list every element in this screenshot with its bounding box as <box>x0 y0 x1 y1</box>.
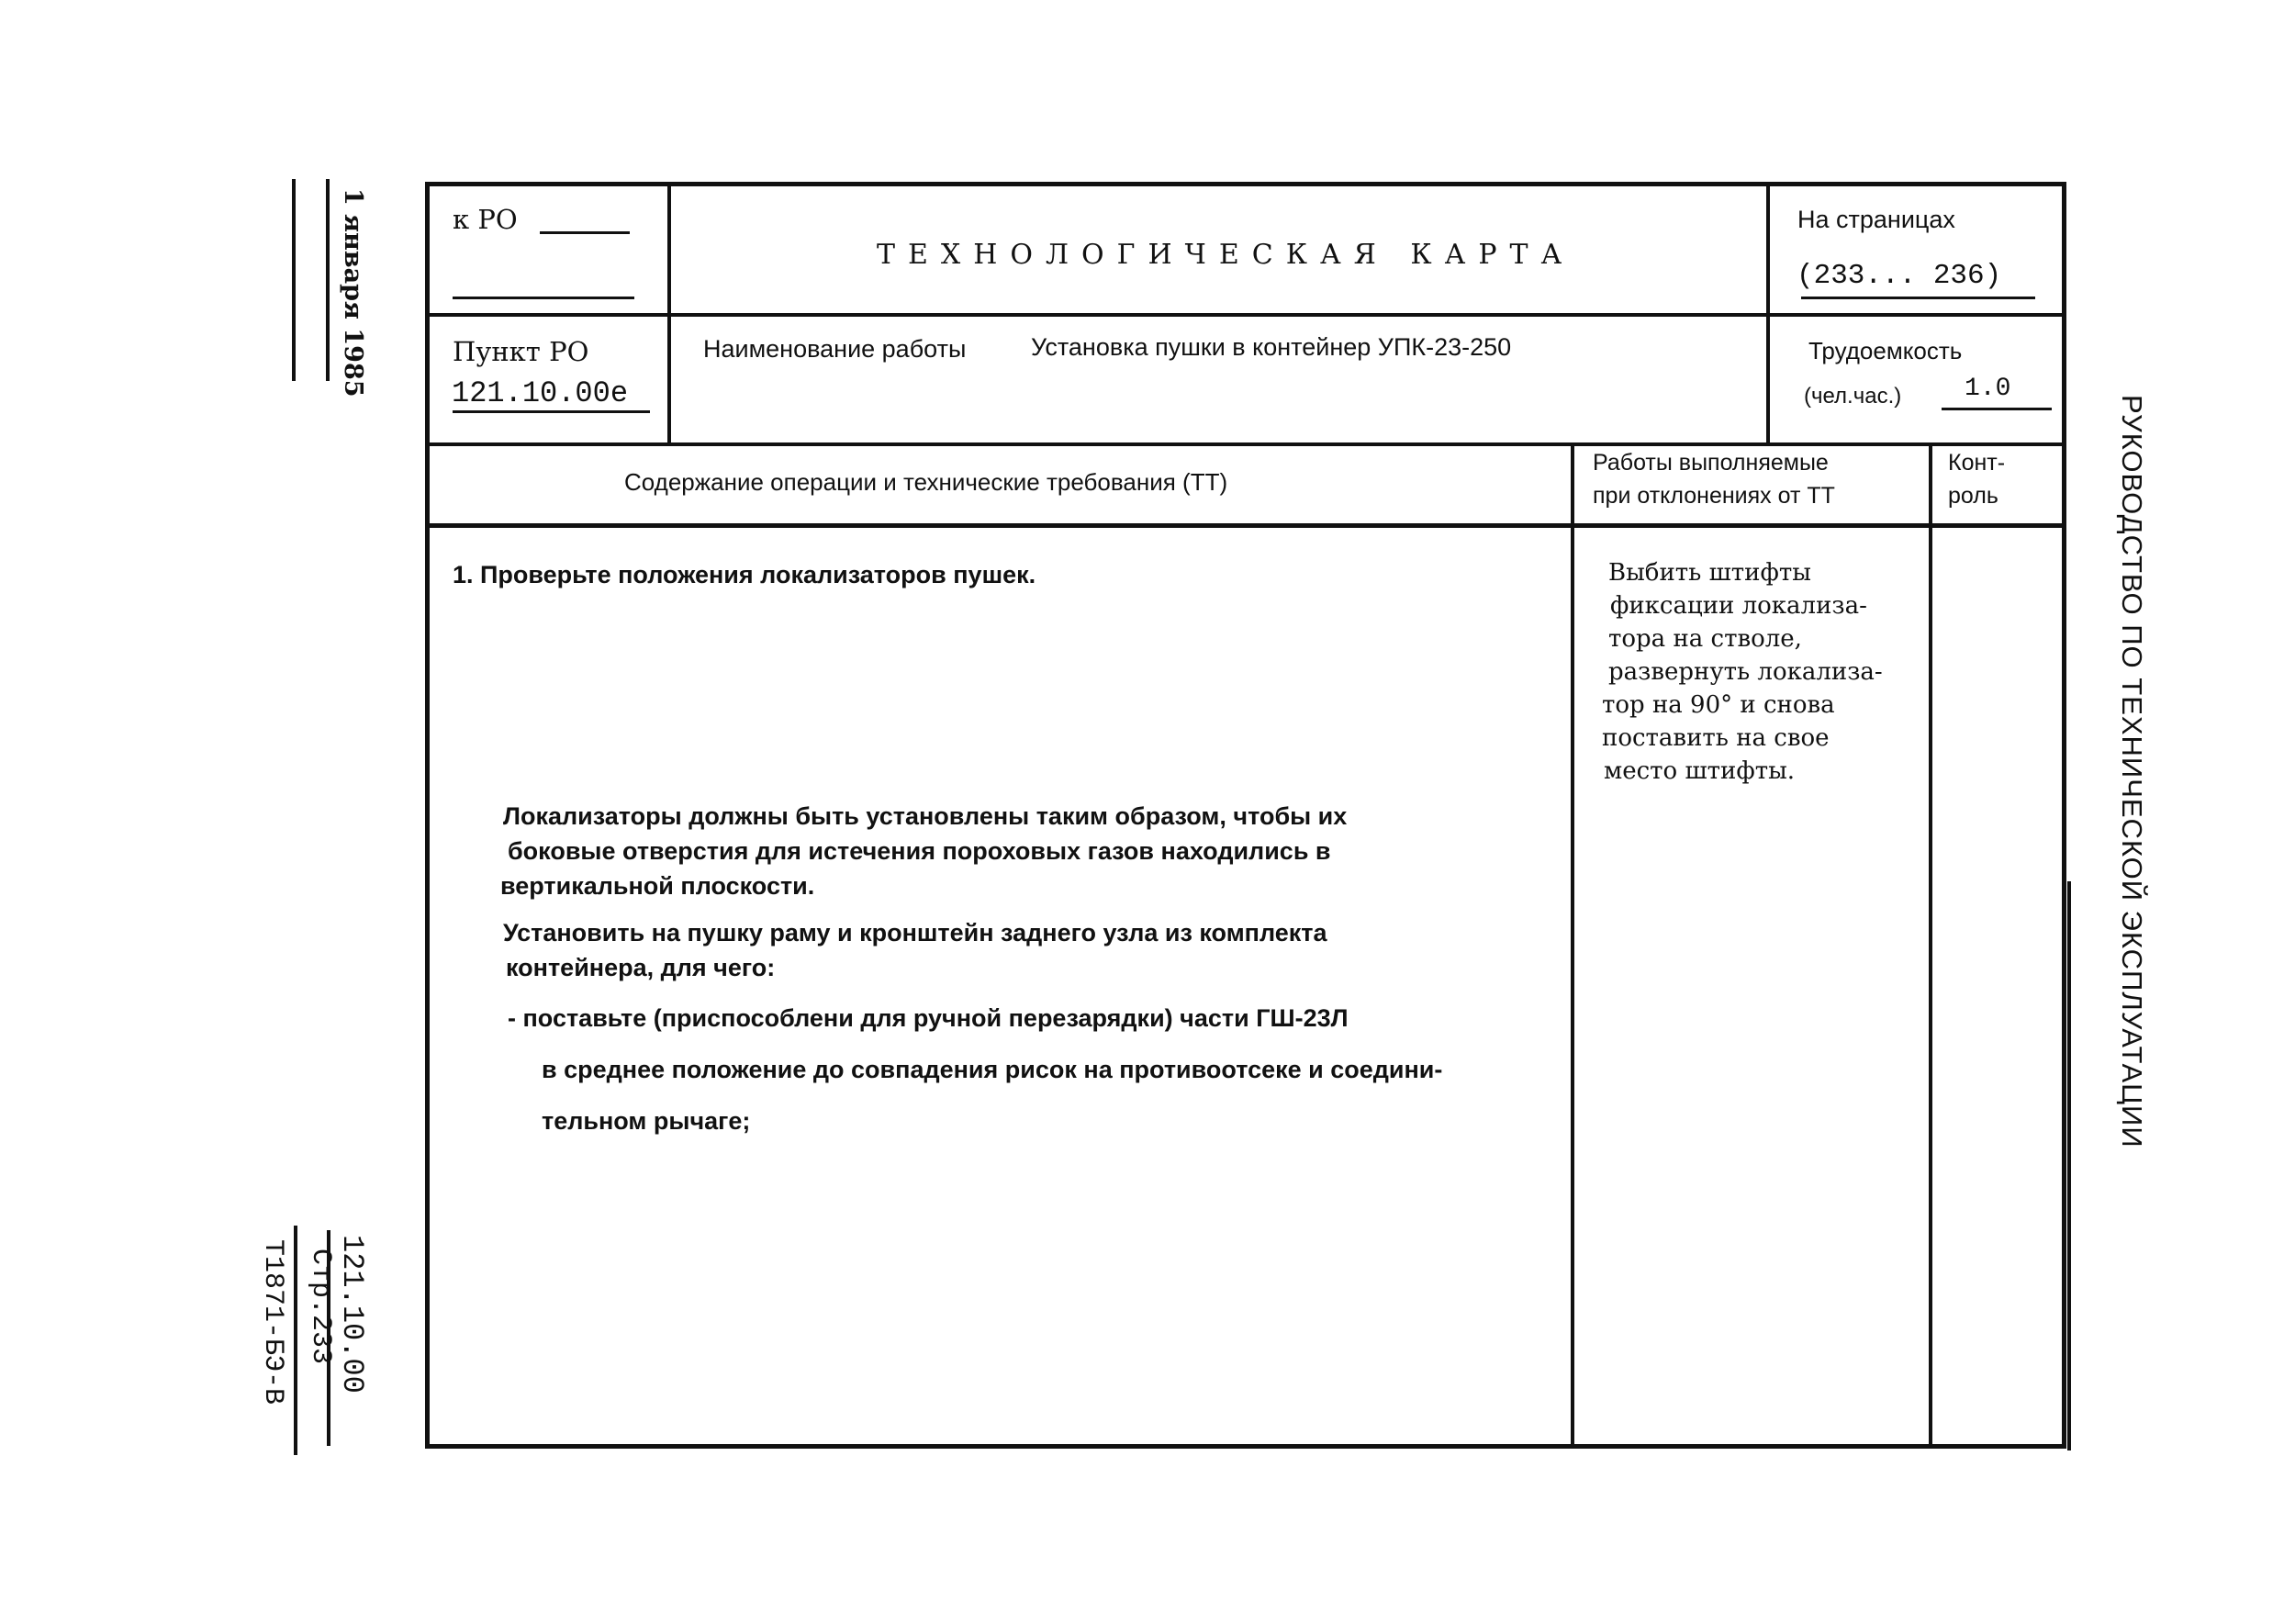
deviation-line: тор на 90° и снова <box>1602 688 1835 722</box>
column-header-content: Содержание операции и технические требов… <box>624 468 1227 497</box>
margin-rule-left-3 <box>294 1226 297 1455</box>
page-number: Стр.233 <box>305 1249 336 1364</box>
labor-unit: (чел.час.) <box>1804 384 1901 409</box>
punkt-ro-label: Пункт РО <box>453 336 588 367</box>
document-title: ТЕХНОЛОГИЧЕСКАЯ КАРТА <box>877 239 1574 271</box>
instruction-line-1: Установить на пушку раму и кронштейн зад… <box>503 915 1327 950</box>
table-border-right <box>2062 182 2066 1449</box>
punkt-ro-value: 121.10.00е <box>452 376 628 410</box>
labor-underline <box>1942 408 2052 410</box>
instruction-line-2: контейнера, для чего: <box>506 950 775 985</box>
pages-value: (233... 236) <box>1797 260 2001 292</box>
manual-title-vertical: РУКОВОДСТВО ПО ТЕХНИЧЕСКОЙ ЭКСПЛУАТАЦИИ <box>2115 395 2148 1148</box>
k-ro-blank-line[interactable] <box>540 231 630 234</box>
k-ro-blank-line-2[interactable] <box>453 297 634 299</box>
column-header-bottom <box>425 523 2066 528</box>
header-row-line-2 <box>425 442 2066 446</box>
pages-underline <box>1801 297 2035 299</box>
column-divider-deviation <box>1571 444 1574 1447</box>
requirement-line-1: Локализаторы должны быть установлены так… <box>503 799 1347 834</box>
table-border-bottom <box>425 1444 2066 1449</box>
deviation-line: Выбить штифты <box>1608 555 1811 590</box>
deviation-line: тора на стволе, <box>1608 622 1802 656</box>
step-1: 1. Проверьте положения локализаторов пуш… <box>453 557 1036 592</box>
bullet-line-3: тельном рычаге; <box>542 1103 750 1138</box>
margin-rule-left-1 <box>292 179 296 381</box>
labor-label: Трудоемкость <box>1808 337 1962 365</box>
column-header-deviation-2: при отклонениях от ТТ <box>1593 483 1835 510</box>
deviation-line: место штифты. <box>1604 754 1795 789</box>
document-code: Т1871-БЭ-В <box>257 1239 288 1405</box>
requirement-line-3: вертикальной плоскости. <box>500 868 814 903</box>
section-code: 121.10.00 <box>335 1235 369 1394</box>
work-name-label: Наименование работы <box>703 335 966 364</box>
control-cell <box>1932 528 2061 1441</box>
pages-label: На страницах <box>1797 206 1955 234</box>
column-header-control-1: Конт- <box>1948 450 2005 476</box>
labor-value: 1.0 <box>1965 375 2010 403</box>
deviation-line: фиксации локализа- <box>1610 588 1867 623</box>
margin-rule-left-2 <box>326 179 330 381</box>
deviation-line: развернуть локализа- <box>1608 655 1883 689</box>
column-header-control-2: роль <box>1948 483 1998 510</box>
punkt-ro-underline <box>453 410 650 413</box>
bullet-line-1: - поставьте (приспособлени для ручной пе… <box>508 1001 1349 1036</box>
k-ro-label: к РО <box>453 204 518 235</box>
bullet-line-2: в среднее положение до совпадения рисок … <box>542 1052 1442 1087</box>
margin-rule-right <box>2067 881 2071 1450</box>
requirement-line-2: боковые отверстия для истечения пороховы… <box>508 834 1331 868</box>
table-border-top <box>425 182 2066 186</box>
deviation-line: поставить на свое <box>1602 721 1830 756</box>
work-name-value: Установка пушки в контейнер УПК-23-250 <box>1031 333 1511 362</box>
header-row-line-1 <box>425 313 2066 317</box>
revision-date: 1 января 1985 <box>339 188 367 398</box>
column-header-deviation-1: Работы выполняемые <box>1593 450 1829 476</box>
table-border-left <box>425 182 430 1449</box>
